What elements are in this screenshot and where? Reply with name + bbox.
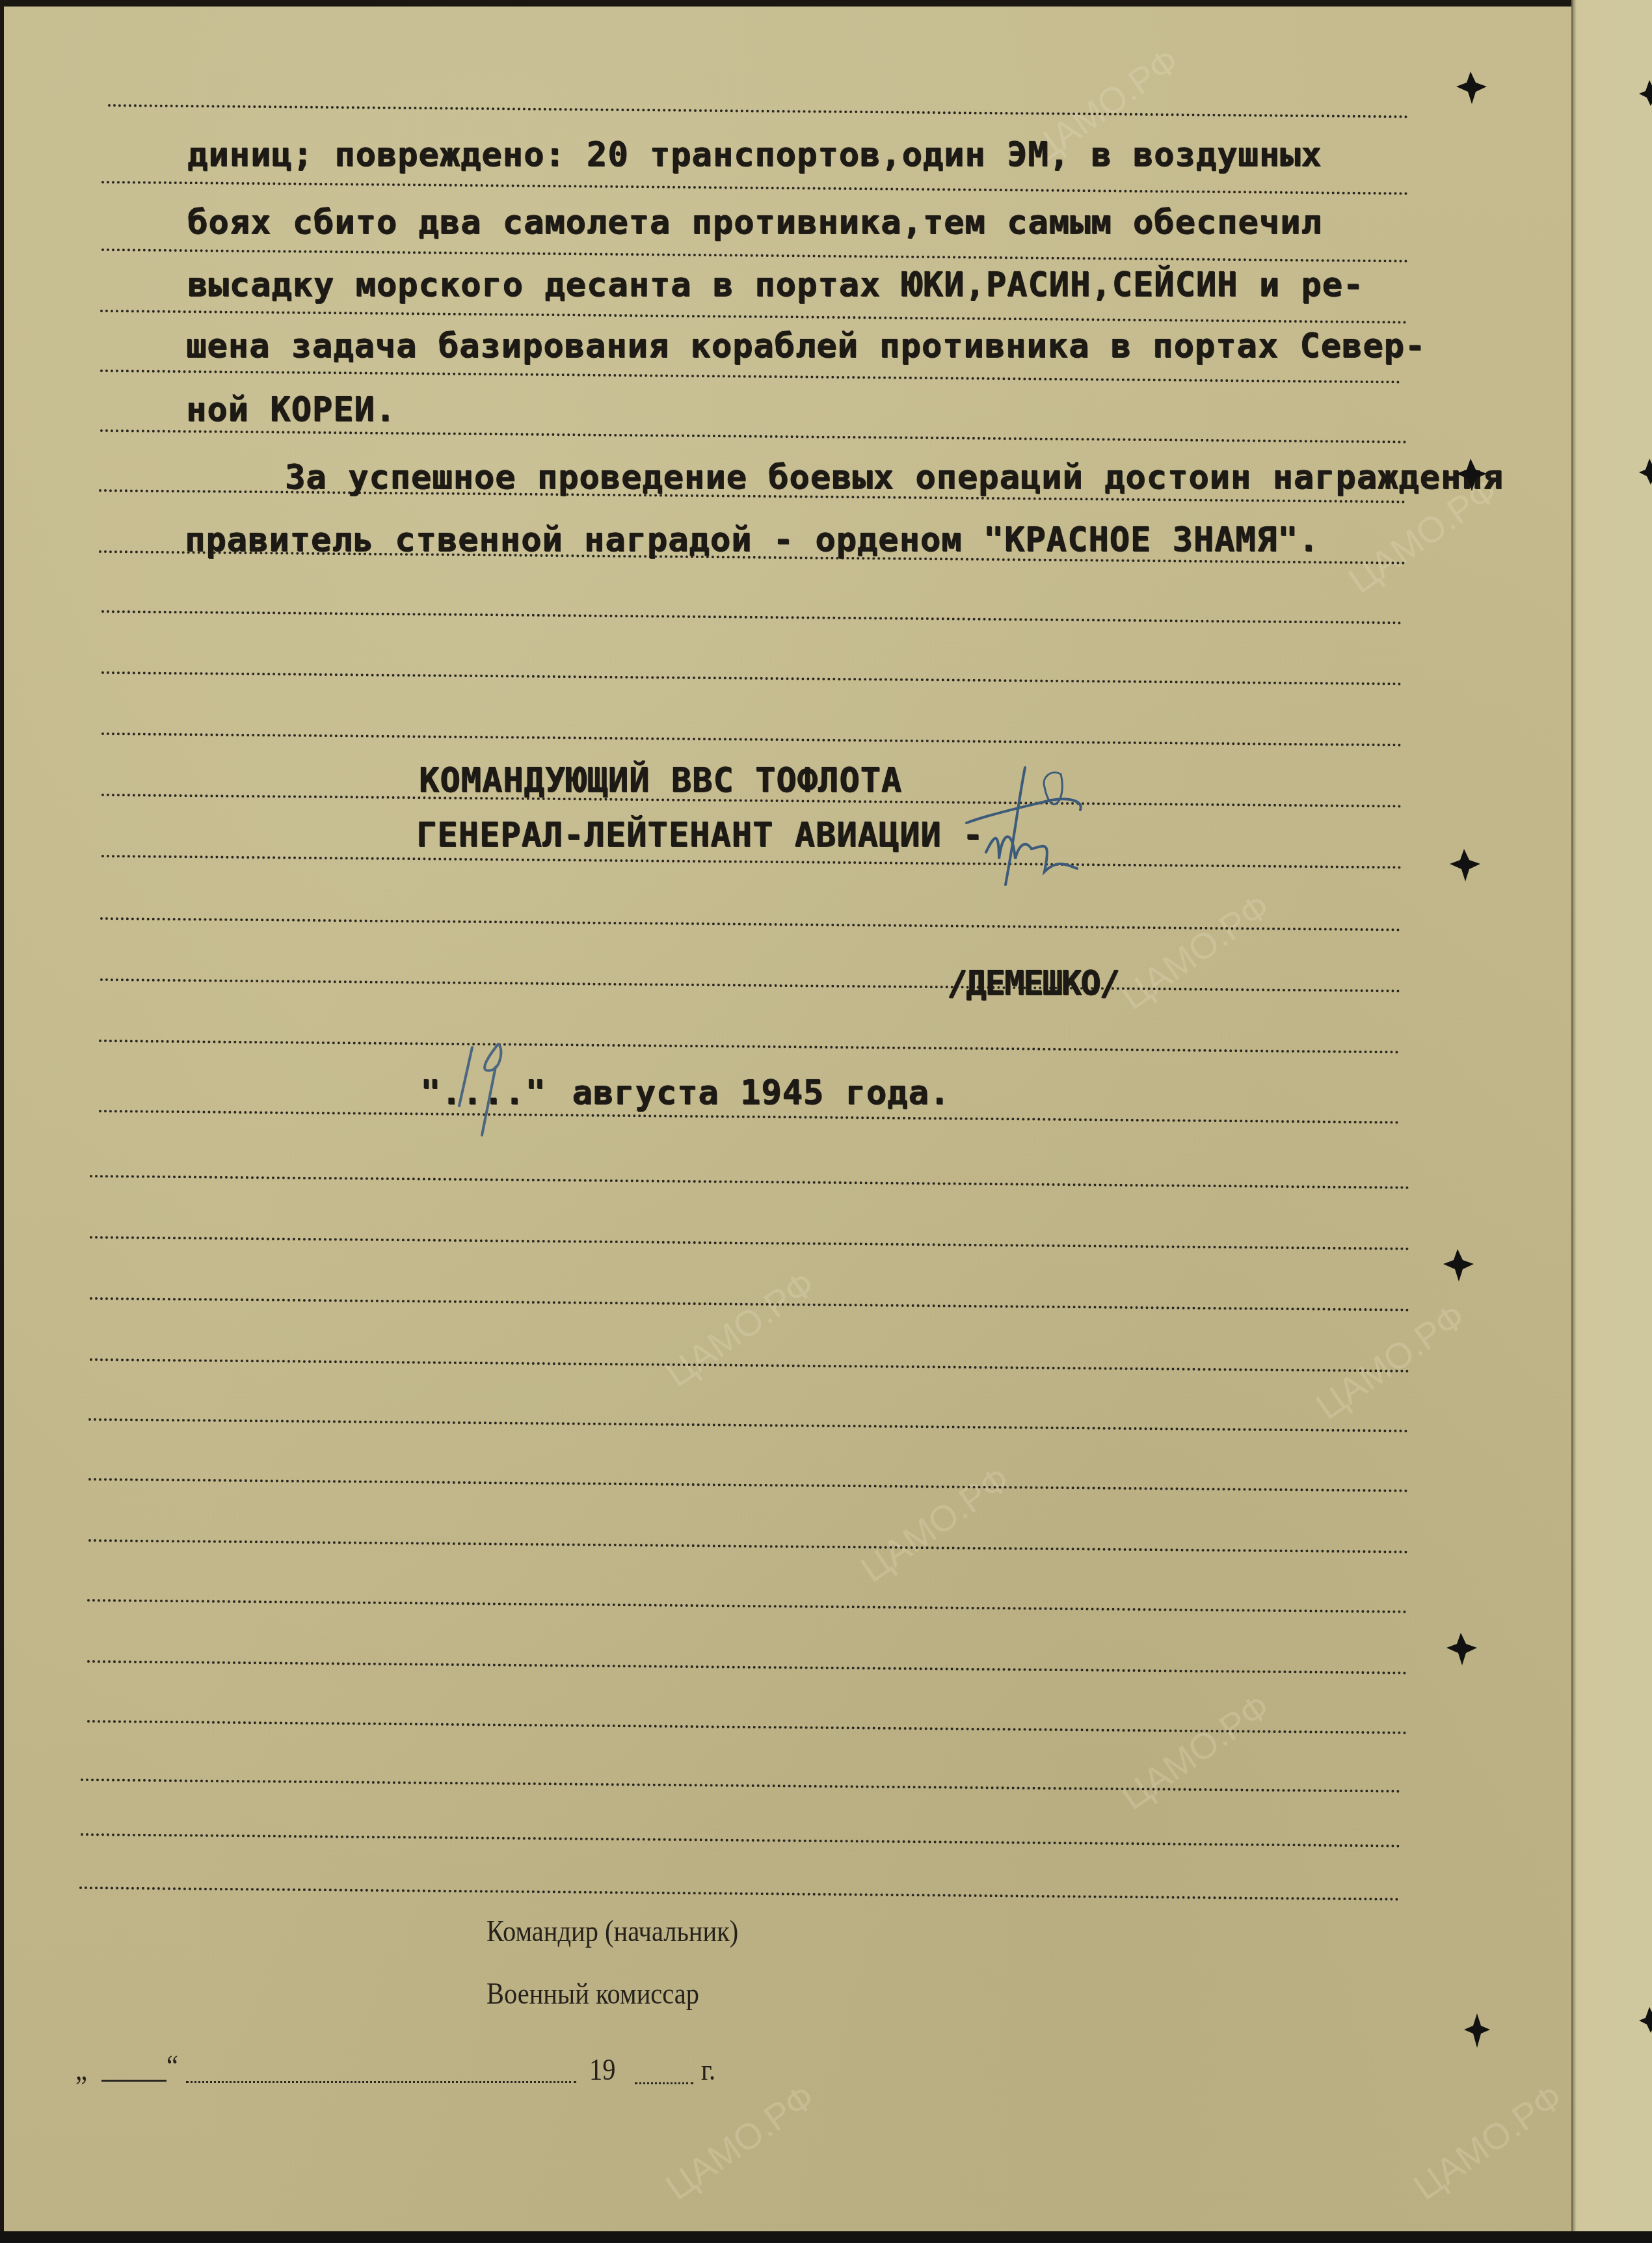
form-date-close-quote: “ xyxy=(167,2048,178,2083)
watermark: ЦАМО.РФ xyxy=(853,1457,1017,1591)
watermark: ЦАМО.РФ xyxy=(658,2075,822,2209)
signatory-name: /ДЕМЕШКО/ xyxy=(947,964,1119,1003)
body-line: диниц; повреждено: 20 транспортов,один Э… xyxy=(187,135,1322,174)
commander-label: Командир (начальник) xyxy=(486,1914,738,1948)
form-date-line: „ “ 19 г. xyxy=(75,2052,739,2091)
award-line: За успешное проведение боевых операций д… xyxy=(285,458,1504,497)
binding-hole-icon xyxy=(1441,1630,1480,1669)
binding-hole-icon xyxy=(1438,1246,1477,1285)
commissar-label: Военный комиссар xyxy=(486,1976,699,2011)
watermark: ЦАМО.РФ xyxy=(658,1262,822,1395)
binding-hole-icon xyxy=(1636,2004,1652,2036)
body-line: боях сбито два самолета противника,тем с… xyxy=(187,203,1322,242)
binding-hole-icon xyxy=(1451,455,1490,494)
form-date-year-suffix: г. xyxy=(701,2052,715,2087)
award-line: правитель ственной наградой - орденом "К… xyxy=(185,520,1320,559)
watermark: ЦАМО.РФ xyxy=(1406,2075,1570,2209)
scan-border xyxy=(0,2231,1652,2243)
body-line: высадку морского десанта в портах ЮКИ,РА… xyxy=(187,265,1364,304)
handwritten-day xyxy=(453,1041,511,1138)
binding-hole-icon xyxy=(1451,68,1490,107)
document-page: ЦАМО.РФ ЦАМО.РФ ЦАМО.РФ ЦАМО.РФ ЦАМО.РФ … xyxy=(4,7,1571,2231)
watermark: ЦАМО.РФ xyxy=(1308,1295,1472,1428)
signatory-position: КОМАНДУЮЩИЙ ВВС ТОФЛОТА xyxy=(419,761,902,800)
binding-hole-icon xyxy=(1445,846,1484,885)
binding-hole-icon xyxy=(1636,455,1652,488)
binding-hole-icon xyxy=(1458,2010,1497,2049)
form-date-open-quote: „ xyxy=(75,2052,87,2087)
handwritten-signature xyxy=(953,761,1123,891)
date-month-year: августа 1945 года. xyxy=(572,1073,951,1112)
body-line: шена задача базирования кораблей противн… xyxy=(186,327,1426,366)
binding-hole-icon xyxy=(1636,77,1652,109)
body-line: ной КОРЕИ. xyxy=(186,390,396,429)
watermark: ЦАМО.РФ xyxy=(1113,1685,1277,1818)
watermark: ЦАМО.РФ xyxy=(1113,885,1277,1018)
date-open-quote: " xyxy=(420,1073,441,1112)
form-date-year-prefix: 19 xyxy=(589,2052,615,2087)
binding-edge xyxy=(1571,0,1652,2231)
signatory-rank: ГЕНЕРАЛ-ЛЕЙТЕНАНТ АВИАЦИИ - xyxy=(416,816,983,855)
date-close-quote: " xyxy=(526,1073,546,1112)
